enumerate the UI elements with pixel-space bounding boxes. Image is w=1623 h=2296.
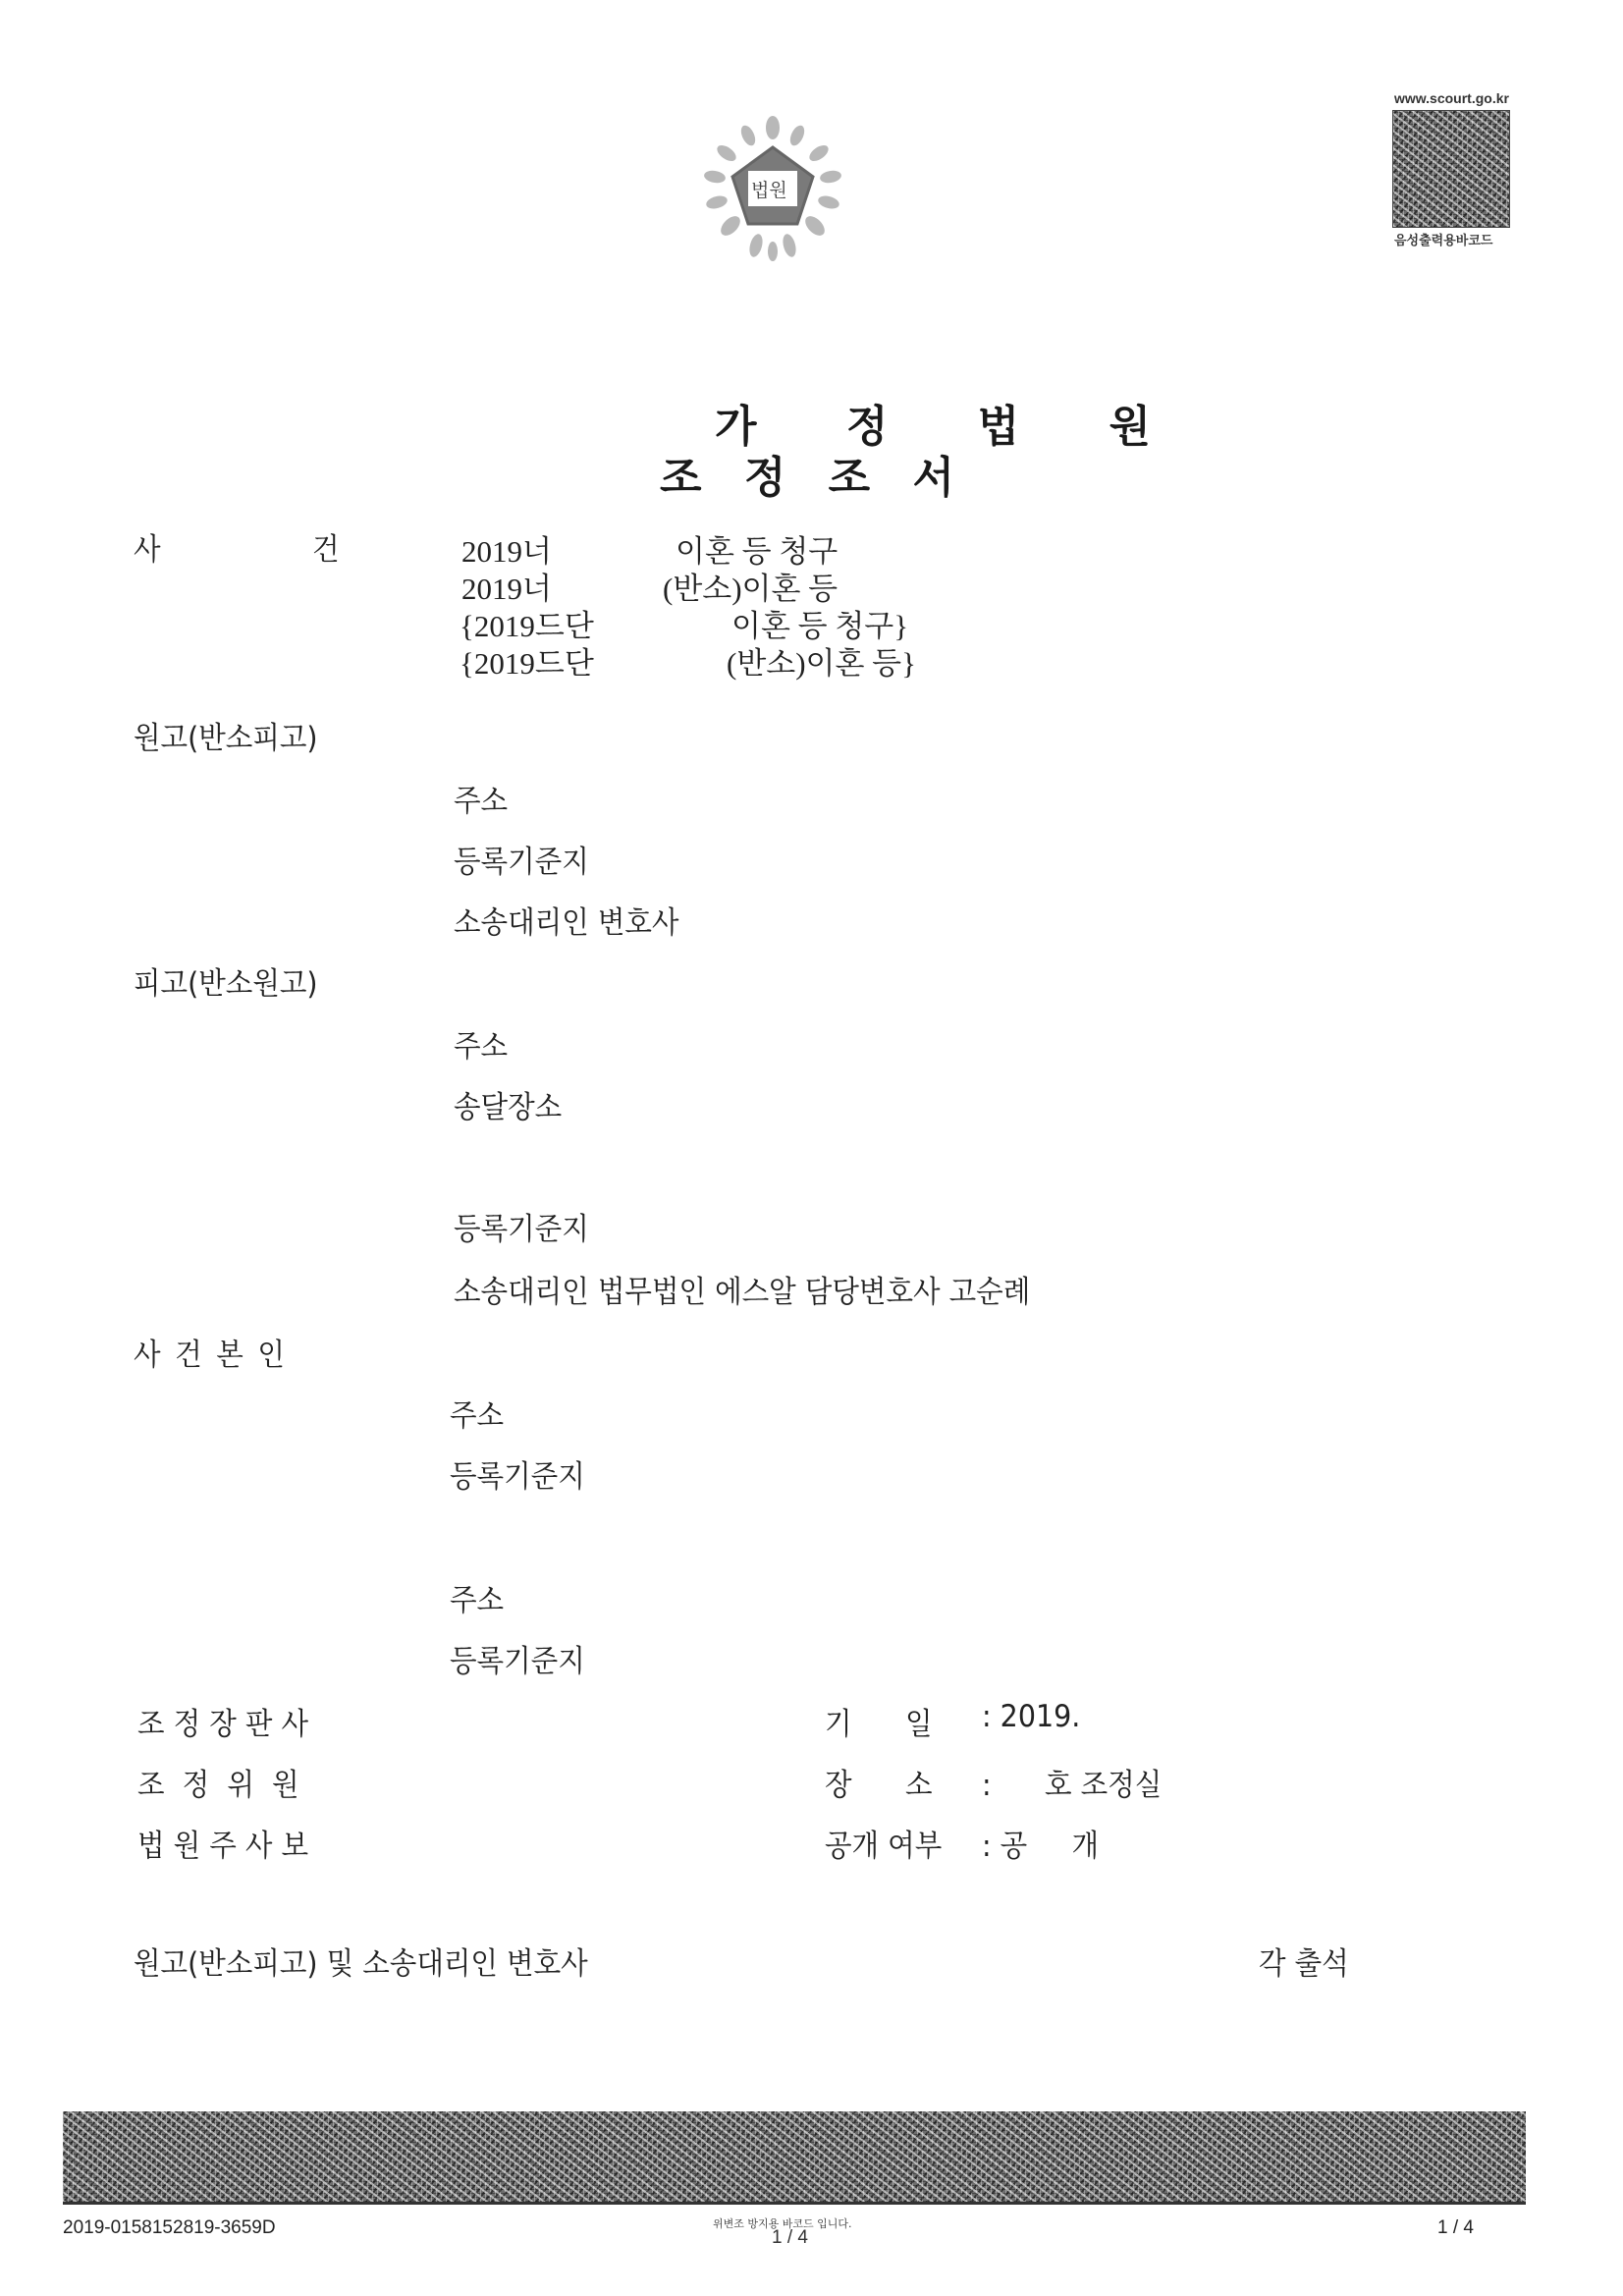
plaintiff-heading: 원고(반소피고)	[134, 713, 318, 757]
principal-address-label: 주소	[450, 1391, 504, 1435]
court-emblem: 법원	[699, 116, 846, 263]
document-title: 조 정 조 서	[660, 442, 968, 505]
page-number: 1 / 4	[1437, 2217, 1474, 2239]
public-label: 공개 여부	[825, 1821, 942, 1865]
principal-address-label: 주소	[450, 1575, 504, 1619]
anti-forgery-barcode[interactable]	[63, 2111, 1526, 2205]
public-value: : 공 개	[982, 1821, 1099, 1865]
voice-barcode[interactable]	[1392, 110, 1510, 228]
defendant-registry-label: 등록기준지	[454, 1204, 589, 1248]
mediator-label: 조 정 위 원	[137, 1760, 299, 1804]
place-label: 장 소	[825, 1760, 933, 1804]
date-value: : 2019.	[982, 1699, 1080, 1734]
document-id: 2019-0158152819-3659D	[63, 2217, 276, 2239]
defendant-heading: 피고(반소원고)	[134, 958, 318, 1003]
date-label: 기 일	[825, 1699, 933, 1743]
place-value: : 호 조정실	[982, 1760, 1162, 1804]
clerk-label: 법 원 주 사 보	[137, 1821, 308, 1865]
plaintiff-attorney-label: 소송대리인 변호사	[454, 898, 678, 942]
case-label-1: 사	[134, 524, 161, 569]
defendant-attorney-label: 소송대리인 법무법인 에스알 담당변호사 고순례	[454, 1267, 1030, 1311]
plaintiff-registry-label: 등록기준지	[454, 837, 589, 881]
judge-label: 조 정 장 판 사	[137, 1699, 308, 1743]
plaintiff-address-label: 주소	[454, 776, 508, 820]
defendant-delivery-label: 송달장소	[454, 1082, 562, 1126]
emblem-label: 법원	[751, 176, 787, 202]
qr-caption: 음성출력용바코드	[1394, 230, 1492, 248]
principal-heading: 사 건 본 인	[134, 1330, 285, 1374]
qr-url: www.scourt.go.kr	[1394, 90, 1509, 106]
center-page-number: 1 / 4	[772, 2227, 808, 2249]
defendant-address-label: 주소	[454, 1021, 508, 1066]
case-name: (반소)이혼 등}	[727, 638, 916, 683]
case-label-2: 건	[312, 524, 340, 569]
principal-registry-label: 등록기준지	[450, 1451, 585, 1496]
attendance-text: 원고(반소피고) 및 소송대리인 변호사	[134, 1939, 588, 1983]
attendance-status: 각 출석	[1259, 1939, 1349, 1983]
principal-registry-label: 등록기준지	[450, 1636, 585, 1680]
case-number: {2019드단	[460, 638, 594, 683]
